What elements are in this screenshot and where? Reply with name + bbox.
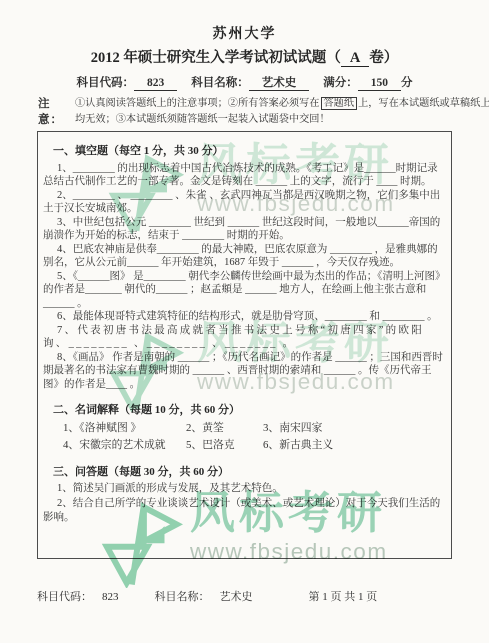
term-item-4: 4、宋徽宗的艺术成就 [63,438,186,453]
exam-notice: 注意： ①认真阅读答题纸上的注意事项；②所有答案必须写在答题纸上，写在本试题纸或… [38,96,468,128]
subject-name-label: 科目名称： [191,77,249,89]
question-area-border: 一、填空题（每空 1 分，共 30 分） 1、________ 的出现标志着中国… [37,131,452,559]
exam-paper-page: 苏州大学 2012 年硕士研究生入学考试初试试题（A卷） 科目代码：823科目名… [0,0,489,643]
subject-code-label: 科目代码： [77,77,135,89]
term-item-3: 3、南宋四家 [263,421,444,436]
fill-blank-question-7: 7、代表初唐书法最高成就者当推书法史上号称“初唐四家”的欧阳询、________… [43,324,444,351]
exam-title: 2012 年硕士研究生入学考试初试试题（A卷） [0,46,489,67]
term-item-6: 6、新古典主义 [263,438,444,453]
question-area-content: 一、填空题（每空 1 分，共 30 分） 1、________ 的出现标志着中国… [43,145,444,526]
section-3-title: 三、问答题（每题 30 分，共 60 分） [53,466,444,480]
page-title: 苏州大学 [0,23,489,43]
full-score-label: 满分： [323,77,358,89]
page-footer: 科目代码：823科目名称：艺术史第 1 页 共 1 页 [37,588,477,604]
subject-info-line: 科目代码：823科目名称：艺术史满分：150分 [0,74,489,91]
paper-variant-close: 卷） [369,50,398,66]
fill-blank-question-2: 2、________ 、 ________ 、朱雀 、玄武四神瓦当都是西汉晚期之… [43,189,444,216]
notice-line1-part2: 上，写在本试题纸或草稿纸上 [358,98,489,109]
footer-subject-name: 艺术史 [220,591,253,603]
full-score-value: 150 [358,77,401,91]
section-1-title: 一、填空题（每空 1 分，共 30 分） [53,145,444,159]
fill-blank-question-3: 3、中世纪包括公元 ________ 世纪到 ______ 世纪这段时间，一般地… [43,216,444,243]
term-item-5: 5、巴洛克 [186,438,263,453]
notice-line-1: ①认真阅读答题纸上的注意事项；②所有答案必须写在答题纸上，写在本试题纸或草稿纸上 [75,96,489,112]
footer-subject-code: 823 [102,591,119,603]
fill-blank-question-8: 8、《画品》 作者是南朝的 ______ ；《历代名画记》的作者是 ______… [43,351,444,392]
paper-variant: A [341,51,369,67]
section-2-title: 二、名词解释（每题 10 分，共 60 分） [53,404,444,418]
notice-label: 注意： [38,96,75,128]
answer-sheet-box: 答题纸 [321,97,358,110]
fill-blank-question-4: 4、巴底农神庙是供奉________ 的最大神殿，巴底农原意为 ________… [43,243,444,270]
footer-subject-name-label: 科目名称： [155,591,210,603]
fill-blank-question-1: 1、________ 的出现标志着中国古代冶炼技术的成熟。《考工记》是_____… [43,162,444,189]
essay-question-2: 2、结合自己所学的专业谈谈艺术设计（或美术、或艺术理论）对于今天我们生活的影响。 [43,497,444,526]
footer-subject-code-label: 科目代码： [37,591,92,603]
term-list: 1、《洛神赋图 》 2、黄筌 3、南宋四家 4、宋徽宗的艺术成就 5、巴洛克 6… [43,421,444,453]
fill-blank-question-5: 5、《______图》 是________ 朝代李公麟传世绘画中最为杰出的作品；… [43,270,444,311]
fill-blank-question-6: 6、最能体现哥特式建筑特征的结构形式，就是肋骨穹顶、________ 和 ___… [43,310,444,324]
notice-line1-part1: ①认真阅读答题纸上的注意事项；②所有答案必须写在 [75,98,320,109]
term-item-1: 1、《洛神赋图 》 [63,421,186,436]
notice-line-2: 均无效；③本试题纸须随答题纸一起装入试题袋中交回！ [75,112,489,128]
subject-name-value: 艺术史 [249,77,310,91]
term-item-2: 2、黄筌 [186,421,263,436]
full-score-unit: 分 [401,77,413,89]
exam-title-text: 2012 年硕士研究生入学考试初试试题 [91,50,327,66]
paper-variant-open: （ [326,50,341,66]
essay-question-1: 1、简述吴门画派的形成与发展，及其艺术特色。 [43,482,444,497]
subject-code-value: 823 [134,77,177,91]
page-number: 第 1 页 共 1 页 [309,591,378,603]
